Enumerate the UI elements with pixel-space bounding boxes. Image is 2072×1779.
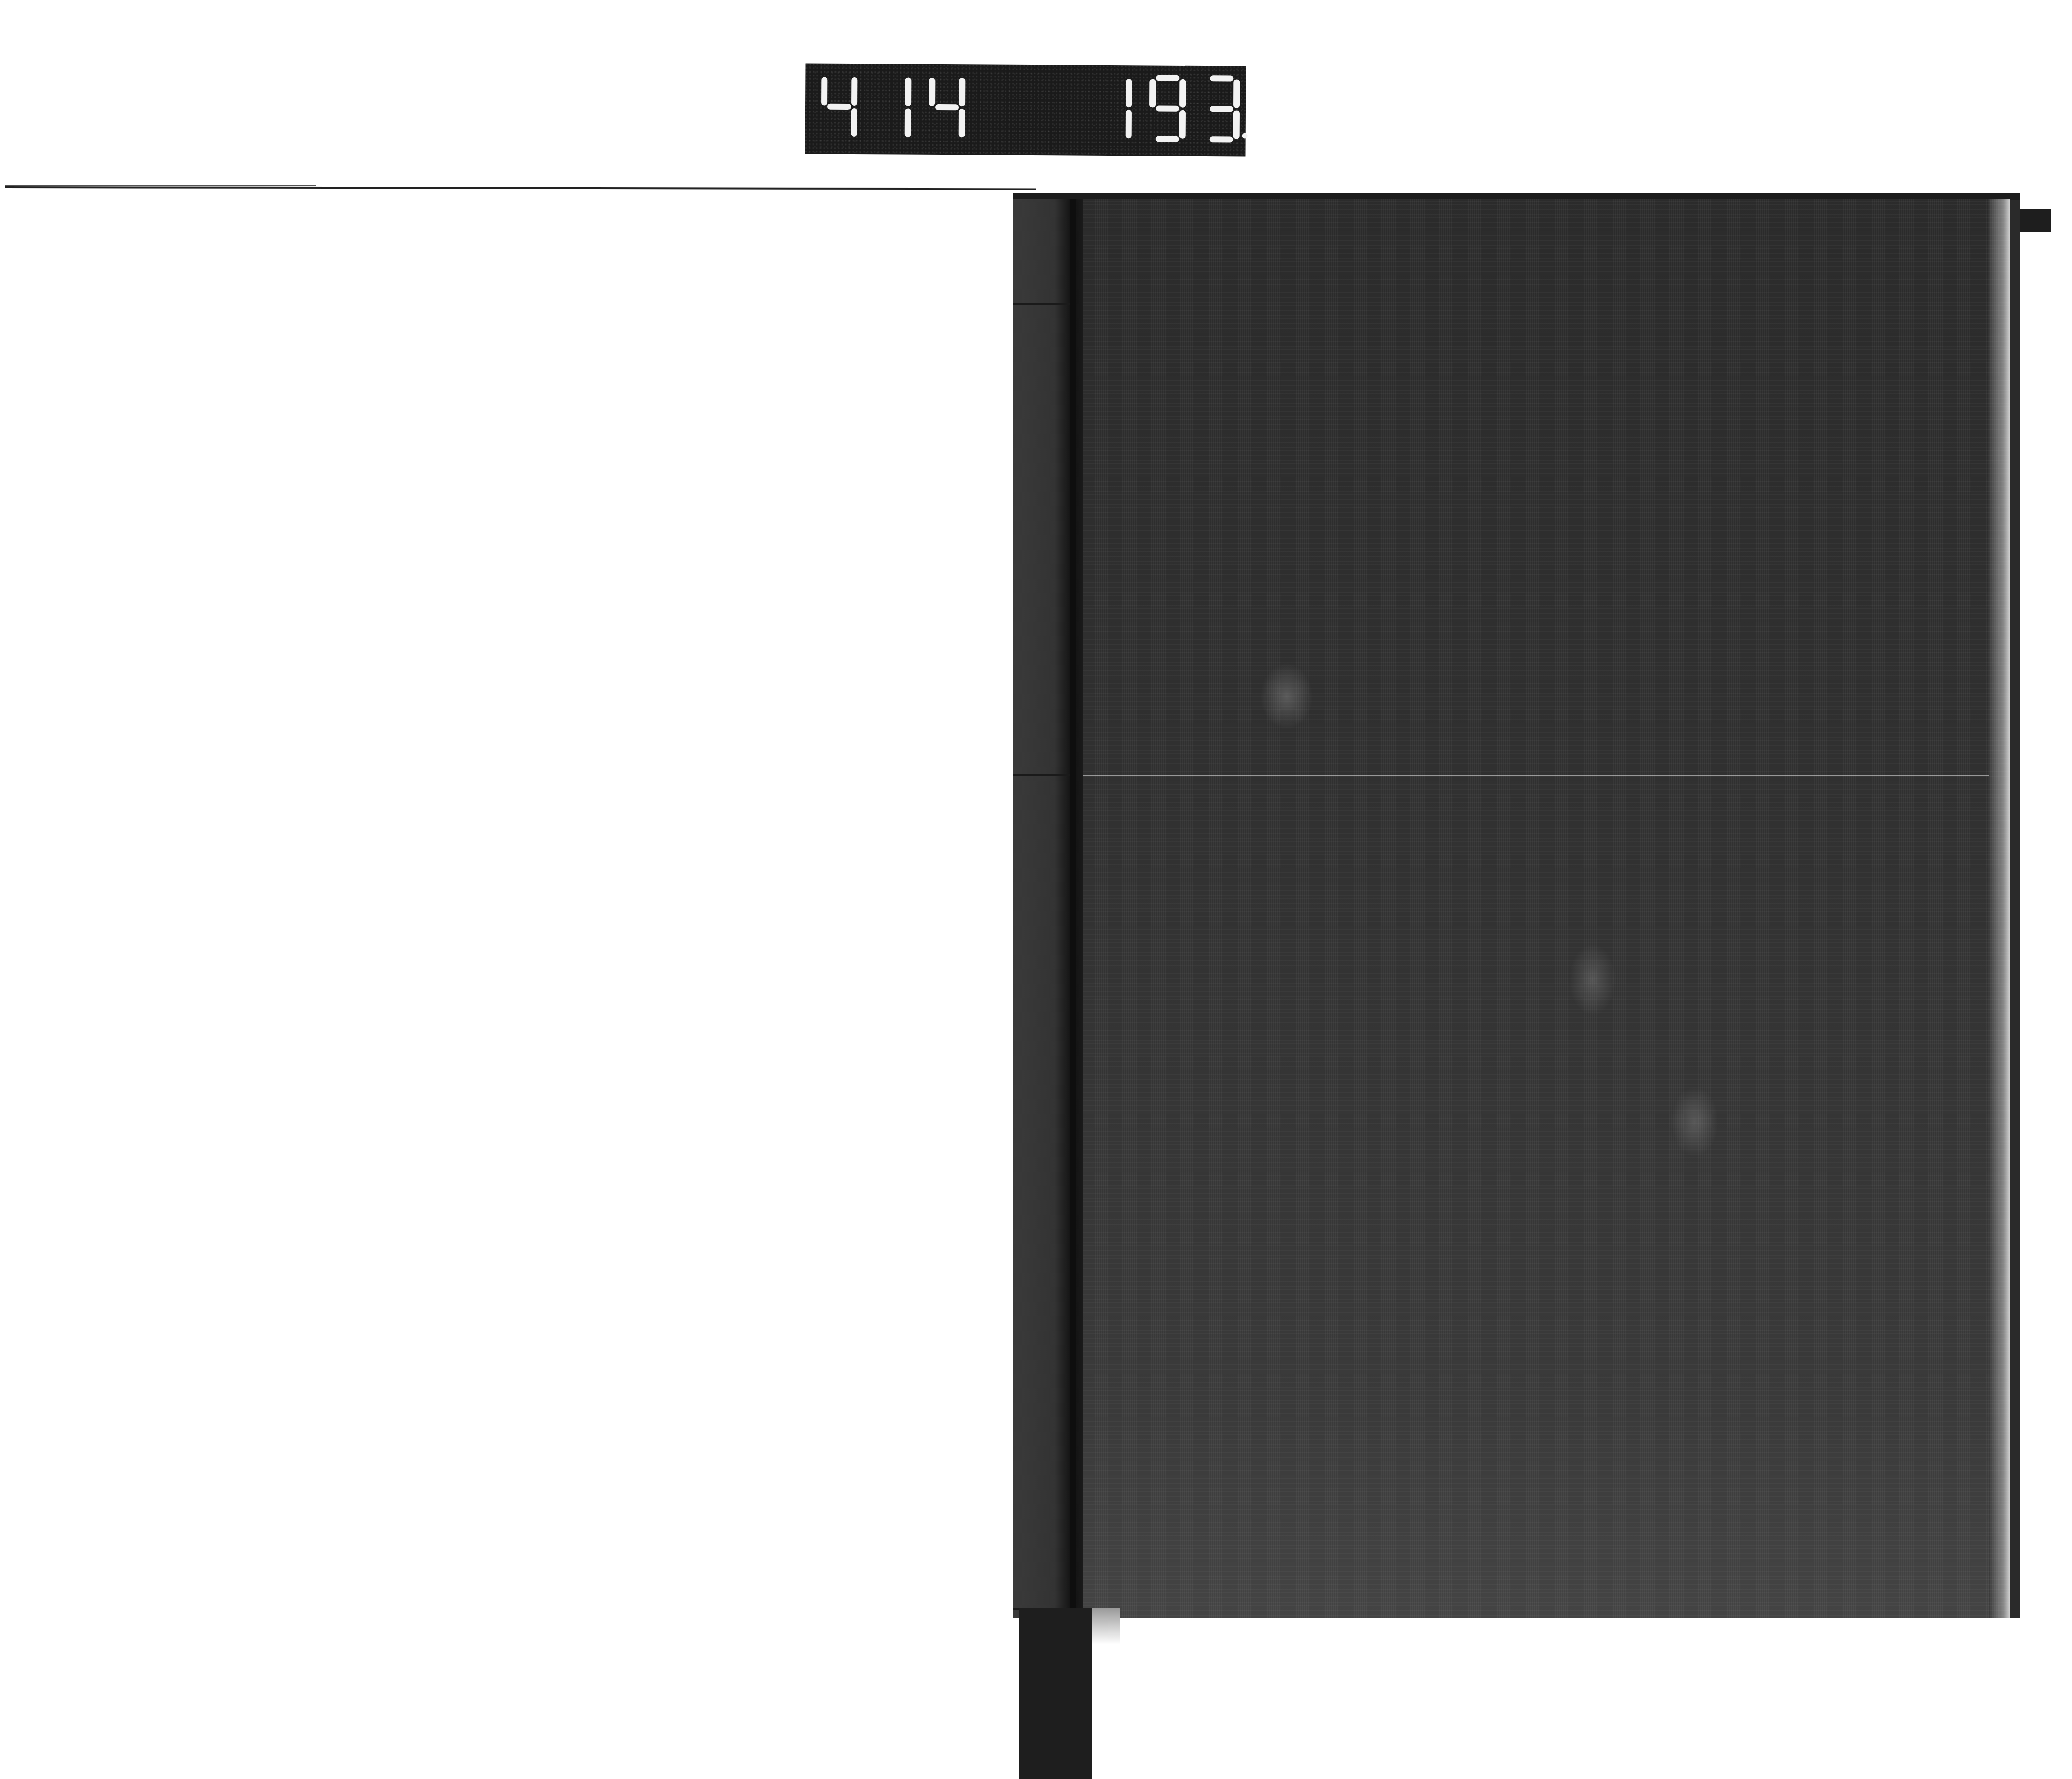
spine-band	[1013, 303, 1070, 305]
spine-lower-extension	[1019, 1608, 1092, 1779]
seven-segment-digit	[1149, 75, 1186, 142]
frame-number-label: 414 193.	[805, 63, 1246, 156]
seven-segment-digit	[929, 74, 966, 141]
spine-band	[1013, 774, 1070, 776]
seven-segment-digit	[1203, 75, 1240, 142]
frame-number-left-group	[821, 73, 966, 141]
horizontal-rule	[5, 186, 1036, 190]
scan-seam-line	[1083, 775, 1999, 776]
spine-lower-highlight	[1092, 1608, 1120, 1644]
spine-hinge	[1070, 199, 1076, 1618]
seven-segment-digit	[875, 73, 912, 140]
book-front-cover	[1083, 199, 2010, 1618]
top-rule-shadow	[5, 185, 316, 186]
book-cover-scan	[1013, 199, 2020, 1618]
seven-segment-digit	[821, 73, 858, 140]
frame-number-right-group	[1096, 75, 1240, 143]
book-spine	[1013, 199, 1083, 1618]
seven-segment-digit	[1096, 75, 1132, 142]
cover-worn-edge	[1989, 199, 2010, 1618]
cover-right-tab	[2020, 209, 2051, 232]
